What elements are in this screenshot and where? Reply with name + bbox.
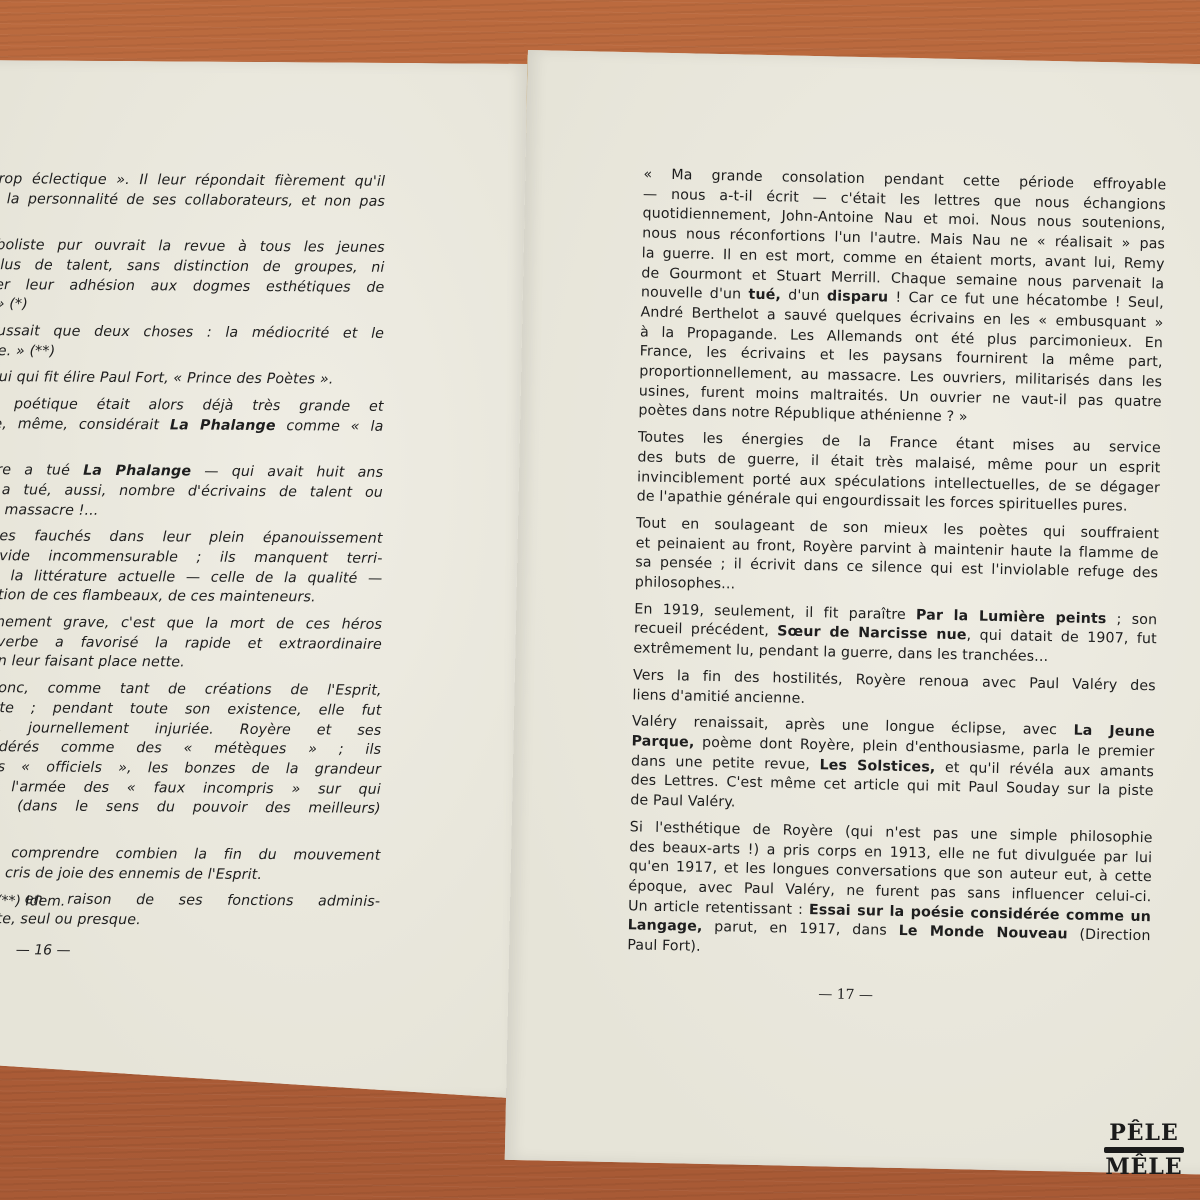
paragraph: « Ma grande consolation pendant cette pé…	[586, 164, 1166, 432]
text-line: rmente ; pendant toute son existence, el…	[0, 699, 382, 722]
logo-line-1: PÊLE	[1104, 1122, 1184, 1144]
text-line: considérés comme des « métèques » ; ils	[0, 738, 381, 761]
text-line: la lutte, seul ou presque.	[0, 910, 380, 933]
text-line: é à comprendre combien la fin du mouveme…	[0, 844, 381, 867]
paragraph: En 1919, seulement, il fit paraître Par …	[581, 599, 1157, 670]
text-line: 'est lui qui fit élire Paul Fort, « Prin…	[0, 368, 384, 391]
paragraph: repoussait que deux choses : la médiocri…	[0, 322, 384, 364]
paragraph: xtrêmement grave, c'est que la mort de c…	[0, 613, 382, 675]
text-line: resse, même, considérait La Phalange com…	[0, 415, 384, 438]
text-line: ste. » (*)	[0, 295, 384, 318]
text-line: ar les cris de joie des ennemis de l'Esp…	[0, 863, 380, 886]
paragraph: guerre a tué La Phalange — qui avait hui…	[0, 461, 383, 523]
text-line: Symboliste pur ouvrait la revue à tous l…	[0, 236, 385, 259]
pele-mele-logo: PÊLE MÊLE	[1104, 1122, 1184, 1178]
text-line: elle a tué, aussi, nombre d'écrivains de…	[0, 481, 383, 504]
paragraph: 'est lui qui fit élire Paul Fort, « Prin…	[0, 368, 384, 391]
text-line: oute l'armée des « faux incompris » sur …	[0, 778, 381, 801]
footnote: (**) Idem.	[0, 893, 65, 909]
text-line: rable massacre !...	[0, 500, 383, 523]
right-page: « Ma grande consolation pendant cette pé…	[505, 50, 1200, 1174]
paragraph: ommes fauchés dans leur plein épanouisse…	[0, 527, 383, 609]
text-line: un vide incommensurable ; ils manquent t…	[0, 547, 383, 570]
logo-bar	[1104, 1147, 1184, 1153]
text-line: mée poétique était alors déjà très grand…	[0, 395, 384, 418]
text-line: e.	[0, 817, 381, 840]
left-page: de trop éclectique ». Il leur répondait …	[0, 60, 528, 1099]
text-line: ratie (dans le sens du pouvoir des meill…	[0, 797, 381, 820]
text-line: alter la personnalité de ses collaborate…	[0, 190, 385, 213]
text-line: quée, journellement injuriée. Royère et …	[0, 718, 381, 741]
text-line: de trop éclectique ». Il leur répondait …	[0, 170, 385, 193]
text-line: e de la littérature actuelle — celle de …	[0, 567, 382, 590]
text-line: repoussait que deux choses : la médiocri…	[0, 322, 384, 345]
logo-line-2: MÊLE	[1104, 1156, 1184, 1178]
text-line: e ».	[0, 434, 383, 457]
text-line: res en leur faisant place nette.	[0, 652, 382, 675]
text-line: du verbe a favorisé la rapide et extraor…	[0, 633, 382, 656]
text-line: e ».	[0, 209, 385, 232]
paragraph: Toutes les énergies de la France étant m…	[584, 427, 1161, 518]
paragraph: Valéry renaissait, après une longue écli…	[578, 712, 1155, 823]
right-page-text: « Ma grande consolation pendant cette pé…	[575, 164, 1167, 974]
page-number-left: — 16 —	[16, 942, 71, 958]
text-line: éraire. » (**)	[0, 342, 384, 365]
paragraph: de trop éclectique ». Il leur répondait …	[0, 170, 385, 232]
text-line: guerre a tué La Phalange — qui avait hui…	[0, 461, 383, 484]
left-page-text: de trop éclectique ». Il leur répondait …	[0, 170, 385, 940]
text-line: le plus de talent, sans distinction de g…	[0, 256, 385, 279]
paragraph: Vers la fin des hostilités, Royère renou…	[580, 665, 1156, 716]
paragraph: Tout en soulageant de son mieux les poèt…	[583, 513, 1160, 604]
paragraph: Si l'esthétique de Royère (qui n'est pas…	[575, 817, 1153, 967]
paragraph: é à comprendre combien la fin du mouveme…	[0, 844, 381, 886]
text-line: sparition de ces flambeaux, de ces maint…	[0, 586, 382, 609]
text-line: a donc, comme tant de créations de l'Esp…	[0, 679, 382, 702]
text-line: xtrêmement grave, c'est que la mort de c…	[0, 613, 382, 636]
paragraph: Symboliste pur ouvrait la revue à tous l…	[0, 236, 385, 318]
text-line: ommes fauchés dans leur plein épanouisse…	[0, 527, 383, 550]
text-line: exiger leur adhésion aux dogmes esthétiq…	[0, 275, 384, 298]
paragraph: a donc, comme tant de créations de l'Esp…	[0, 679, 382, 840]
paragraph: mée poétique était alors déjà très grand…	[0, 395, 384, 457]
text-line: s les « officiels », les bonzes de la gr…	[0, 758, 381, 781]
page-number-right: — 17 —	[818, 986, 873, 1003]
